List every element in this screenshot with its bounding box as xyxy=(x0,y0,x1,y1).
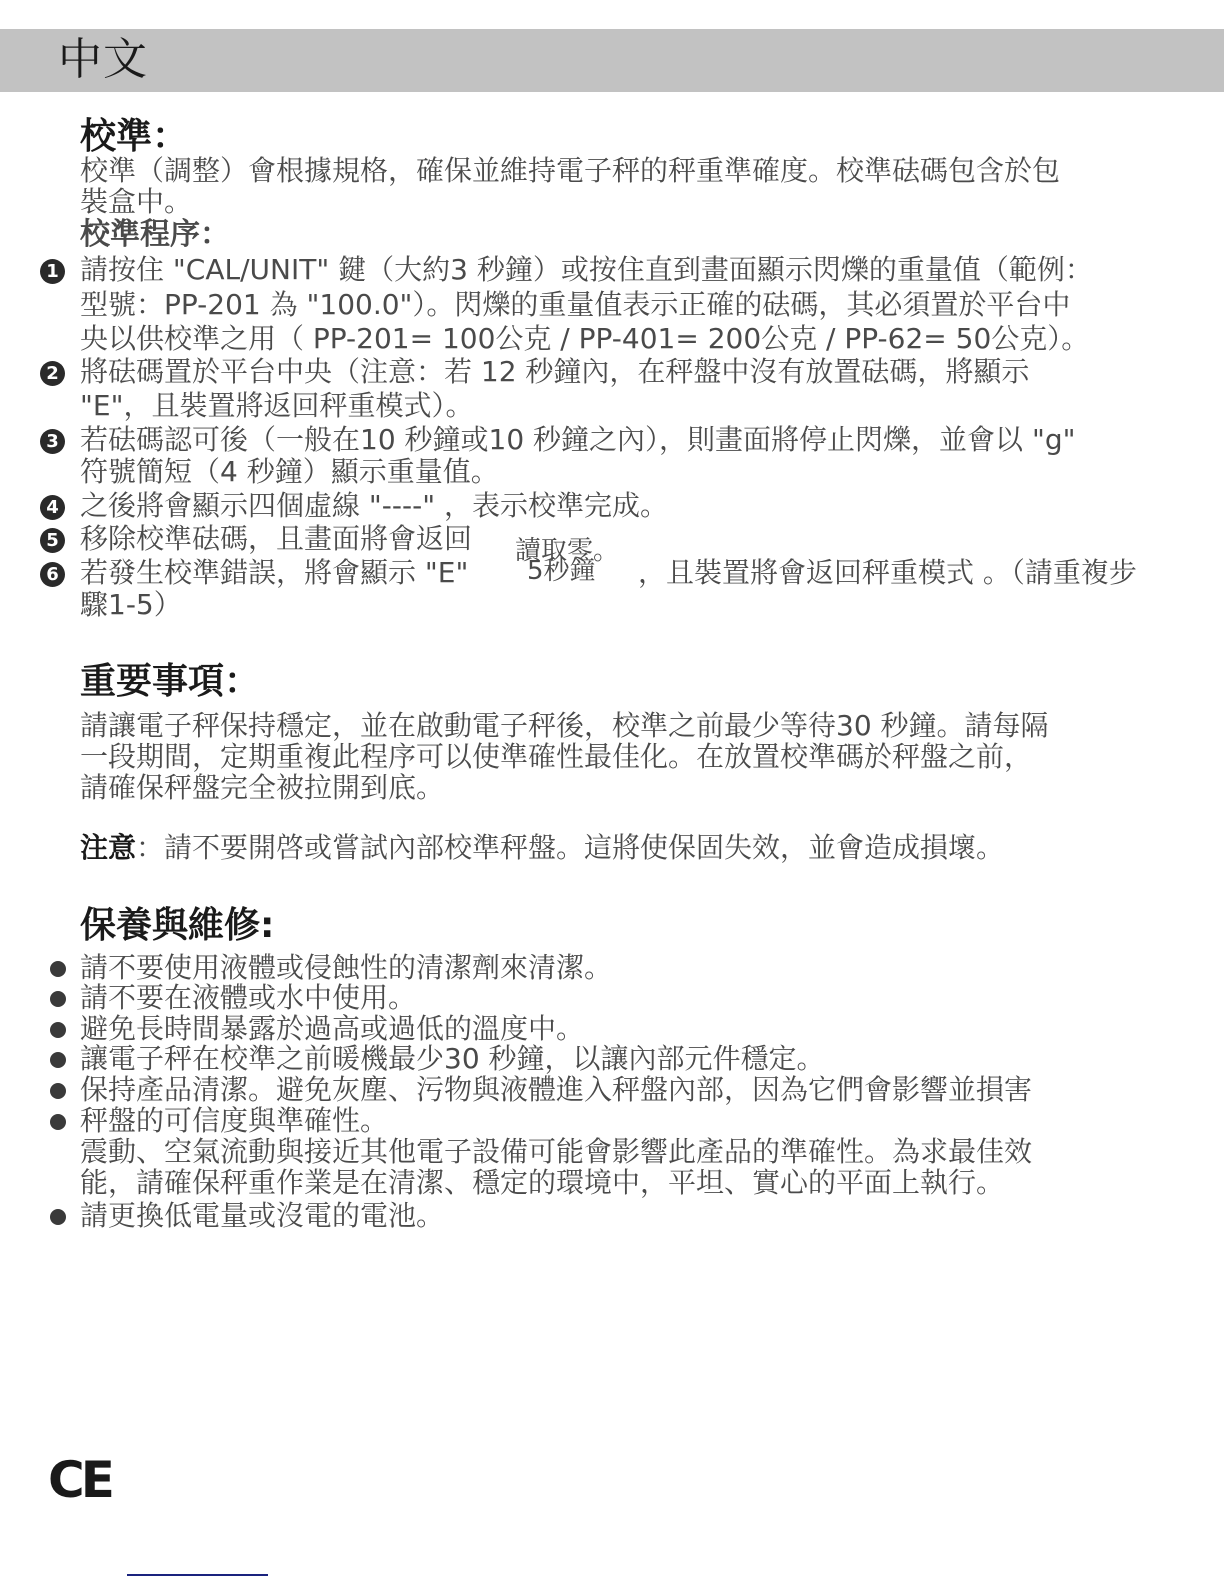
language-label: 中文 xyxy=(58,31,148,89)
maintenance-item-5: 保持產品清潔。避免灰塵、污物與液體進入秤盤內部，因為它們會影響並損害 xyxy=(80,1074,1032,1105)
important-line-2: 一段期間，定期重複此程序可以使準確性最佳化。在放置校準碼於秤盤之前， xyxy=(80,741,1032,772)
step-number-badge: 5 xyxy=(40,528,65,553)
maintenance-title: 保養與維修: xyxy=(80,906,274,946)
bullet-icon xyxy=(50,1022,66,1038)
note-label: 注意 xyxy=(80,831,136,864)
important-title: 重要事項： xyxy=(80,662,260,702)
important-line-1: 請讓電子秤保持穩定，並在啟動電子秤後，校準之前最少等待30 秒鐘。請每隔 xyxy=(80,710,1049,741)
step-number-badge: 2 xyxy=(40,361,65,386)
bullet-icon xyxy=(50,1083,66,1099)
maintenance-continuation-line-2: 能，請確保秤重作業是在清潔、穩定的環境中，平坦、實心的平面上執行。 xyxy=(80,1167,1004,1198)
maintenance-continuation-line-1: 震動、空氣流動與接近其他電子設備可能會影響此產品的準確性。為求最佳效 xyxy=(80,1136,1032,1167)
bullet-icon xyxy=(50,1114,66,1130)
step-5-line-1: 移除校準砝碼，且畫面將會返回 xyxy=(80,523,472,554)
bullet-icon xyxy=(50,1052,66,1068)
important-line-3: 請確保秤盤完全被拉開到底。 xyxy=(80,772,444,803)
step-number-badge: 3 xyxy=(40,429,65,454)
step-1-line-3: 央以供校準之用（ PP-201= 100公克 / PP-401= 200公克 /… xyxy=(80,323,1089,354)
maintenance-item-6: 秤盤的可信度與準確性。 xyxy=(80,1105,388,1136)
maintenance-item-3: 避免長時間暴露於過高或過低的溫度中。 xyxy=(80,1013,584,1044)
maintenance-item-2: 請不要在液體或水中使用。 xyxy=(80,982,416,1013)
footer-divider xyxy=(127,1574,268,1576)
bullet-icon xyxy=(50,991,66,1007)
step-number-badge: 6 xyxy=(40,562,65,587)
step-1-line-2: 型號：PP-201 為 "100.0"）。閃爍的重量值表示正確的砝碼，其必須置於… xyxy=(80,289,1070,320)
ce-mark-icon: CE xyxy=(48,1455,111,1505)
maintenance-item-1: 請不要使用液體或侵蝕性的清潔劑來清潔。 xyxy=(80,952,612,983)
step-number-badge: 1 xyxy=(40,259,65,284)
step-6-line-2: 驟1-5） xyxy=(80,589,182,620)
note-text: ：請不要開啓或嘗試內部校準秤盤。這將使保固失效，並會造成損壞。 xyxy=(136,831,1004,864)
step-2-line-2: "E"，且裝置將返回秤重模式）。 xyxy=(80,390,473,421)
step-3-line-1: 若砝碼認可後（一般在10 秒鐘或10 秒鐘之內），則畫面將停止閃爍，並會以 "g… xyxy=(80,424,1076,455)
step-6-line-1-continued: ，且裝置將會返回秤重模式 。（請重複步 xyxy=(638,557,1137,588)
procedure-title: 校準程序： xyxy=(80,218,230,252)
step-1-line-1: 請按住 "CAL/UNIT" 鍵（大約3 秒鐘）或按住直到畫面顯示閃爍的重量值（… xyxy=(80,254,1093,285)
step-number-badge: 4 xyxy=(40,495,65,520)
step-6-line-1: 若發生校準錯誤，將會顯示 "E" xyxy=(80,557,468,588)
important-note: 注意：請不要開啓或嘗試內部校準秤盤。這將使保固失效，並會造成損壞。 xyxy=(80,832,1004,863)
language-header-band xyxy=(0,29,1224,92)
calibration-intro-line-2: 裝盒中。 xyxy=(80,186,192,217)
step-2-line-1: 將砝碼置於平台中央（注意：若 12 秒鐘內，在秤盤中沒有放置砝碼，將顯示 xyxy=(80,356,1029,387)
maintenance-item-7: 請更換低電量或沒電的電池。 xyxy=(80,1200,444,1231)
maintenance-item-4: 讓電子秤在校準之前暖機最少30 秒鐘，以讓內部元件穩定。 xyxy=(80,1043,825,1074)
overlap-text-5-seconds: 5秒鐘 xyxy=(527,557,596,585)
calibration-title: 校準： xyxy=(80,117,188,157)
bullet-icon xyxy=(50,1209,66,1225)
calibration-intro-line-1: 校準（調整）會根據規格，確保並維持電子秤的秤重準確度。校準砝碼包含於包 xyxy=(80,155,1060,186)
step-3-line-2: 符號簡短（4 秒鐘）顯示重量值。 xyxy=(80,456,499,487)
step-4-line-1: 之後將會顯示四個虛線 "----" ，表示校準完成。 xyxy=(80,490,668,521)
bullet-icon xyxy=(50,961,66,977)
